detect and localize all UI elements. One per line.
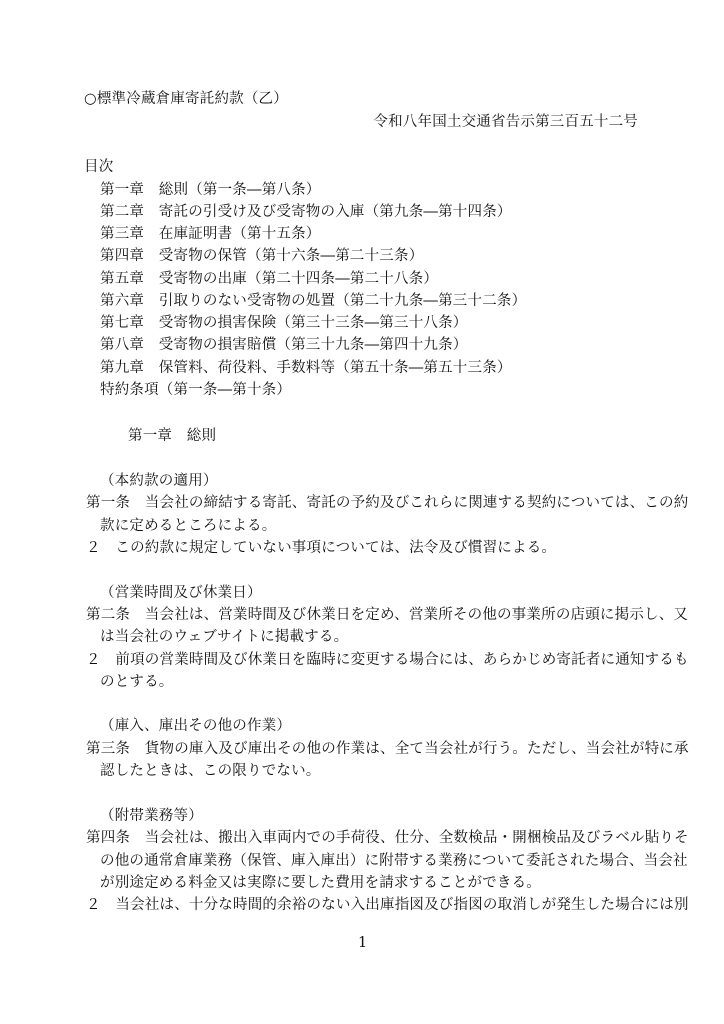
article-text: の他の通常倉庫業務（保管、庫入庫出）に附帯する業務について委託された場合、当会社 xyxy=(100,852,639,870)
article-text: 第二条 当会社は、営業時間及び休業日を定め、営業所その他の事業所の店頭に掲示し、… xyxy=(86,606,639,624)
article-paragraph: のとする。 xyxy=(100,673,174,691)
toc-item: 第四章 受寄物の保管（第十六条―第二十三条） xyxy=(100,247,423,265)
article-text: 第四条 当会社は、搬出入車両内での手荷役、仕分、全数検品・開梱検品及びラベル貼り… xyxy=(86,829,639,847)
article-text: 款に定めるところによる。 xyxy=(100,517,276,535)
article-text: 認したときは、この限りでない。 xyxy=(100,762,321,780)
toc-item: 第六章 引取りのない受寄物の処置（第二十九条―第三十二条） xyxy=(100,292,526,310)
toc-item: 特約条項（第一条―第十条） xyxy=(100,381,291,399)
toc-item: 第九章 保管料、荷役料、手数料等（第五十条―第五十三条） xyxy=(100,359,512,377)
toc-item: 第八章 受寄物の損害賠償（第三十九条―第四十九条） xyxy=(100,336,468,354)
toc-item: 第五章 受寄物の出庫（第二十四条―第二十八条） xyxy=(100,270,438,288)
toc-item: 第七章 受寄物の損害保険（第三十三条―第三十八条） xyxy=(100,314,468,332)
toc-item: 第三章 在庫証明書（第十五条） xyxy=(100,225,321,243)
notice-number: 令和八年国土交通省告示第三百五十二号 xyxy=(373,113,638,131)
article-caption: （附帯業務等） xyxy=(100,807,203,825)
article-text: 第三条 貨物の庫入及び庫出その他の作業は、全て当会社が行う。ただし、当会社が特に… xyxy=(86,740,639,758)
article-text: は当会社のウェブサイトに掲載する。 xyxy=(100,628,348,646)
article-caption: （本約款の適用） xyxy=(100,472,218,490)
toc-item: 第二章 寄託の引受け及び受寄物の入庫（第九条―第十四条） xyxy=(100,203,512,221)
article-text: が別途定める料金又は実際に要した費用を請求することができる。 xyxy=(100,874,541,892)
article-text: 第一条 当会社の締結する寄託、寄託の予約及びこれらに関連する契約については、この… xyxy=(86,494,639,512)
document-title: ○標準冷蔵倉庫寄託約款（乙） xyxy=(84,90,288,108)
article-caption: （営業時間及び休業日） xyxy=(100,584,262,602)
article-paragraph: ２ 前項の営業時間及び休業日を臨時に変更する場合には、あらかじめ寄託者に通知する… xyxy=(86,651,639,669)
chapter-heading: 第一章 総則 xyxy=(128,427,216,445)
article-paragraph: ２ 当会社は、十分な時間的余裕のない入出庫指図及び指図の取消しが発生した場合には… xyxy=(86,896,639,914)
toc-heading: 目次 xyxy=(84,158,113,176)
article-caption: （庫入、庫出その他の作業） xyxy=(100,717,291,735)
page-number: 1 xyxy=(358,934,367,952)
article-paragraph: ２ この約款に規定していない事項については、法令及び慣習による。 xyxy=(86,539,556,557)
toc-item: 第一章 総則（第一条―第八条） xyxy=(100,181,321,199)
